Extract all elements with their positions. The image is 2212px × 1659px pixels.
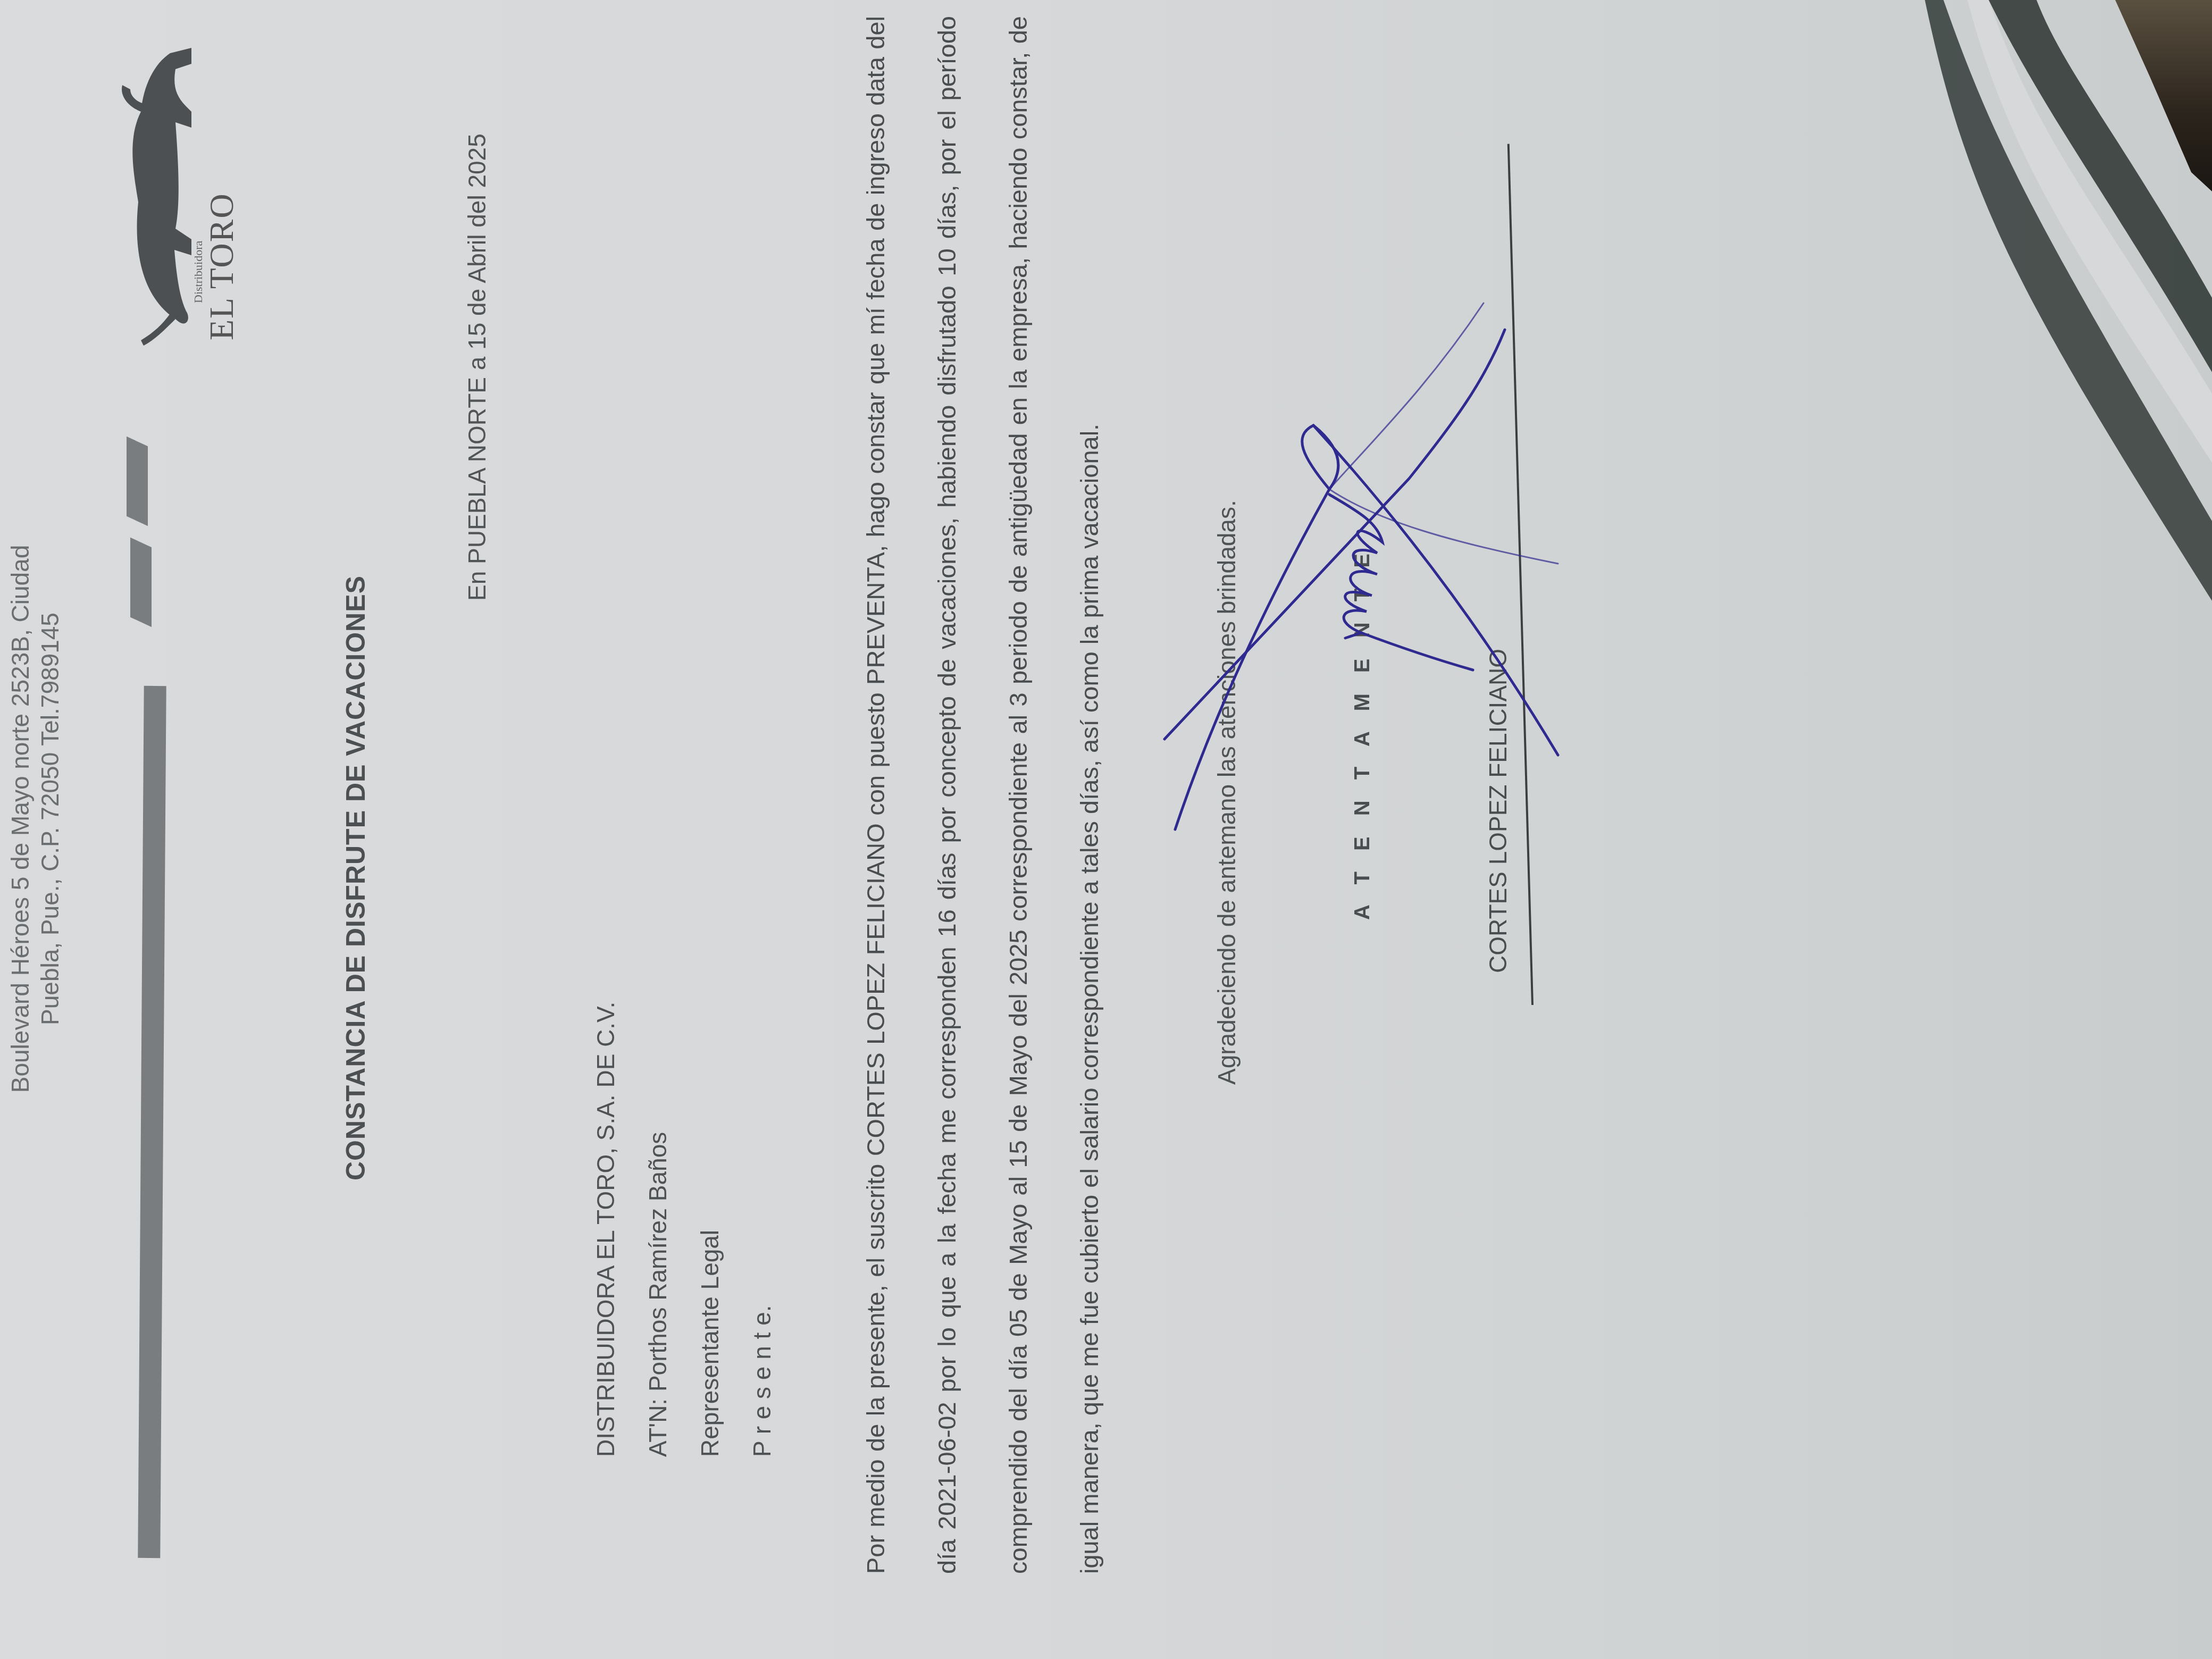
company-logo: Distribuidora EL TORO [112,32,234,362]
letterhead-bar-long [138,686,166,1558]
addressee-attention: AT'N: Porthos Ramírez Baños [632,1002,684,1457]
body-paragraph: Por medio de la presente, el suscrito CO… [840,16,1125,1574]
logo-name: EL TORO [202,192,241,340]
letter-sheet: Boulevard Héroes 5 de Mayo norte 2523B, … [0,0,1967,1659]
addressee-block: DISTRIBUIDORA EL TORO, S.A. DE C.V. AT'N… [580,1002,788,1457]
addressee-company: DISTRIBUIDORA EL TORO, S.A. DE C.V. [580,1002,632,1457]
addressee-role: Representante Legal [684,1002,736,1457]
bull-icon [112,32,202,362]
salutation: P r e s e n t e. [736,1002,788,1457]
letterhead-bar-short-1 [130,538,152,627]
address-line-1: Boulevard Héroes 5 de Mayo norte 2523B, … [5,447,35,1191]
letterhead-address: Boulevard Héroes 5 de Mayo norte 2523B, … [5,447,65,1191]
address-line-2: Puebla, Pue., C.P. 72050 Tel.7989145 [35,447,65,1191]
letterhead-bar-short-2 [127,437,148,526]
place-date: En PUEBLA NORTE a 15 de Abril del 2025 [463,133,491,601]
handwritten-signature [1154,223,1579,861]
document-title: CONSTANCIA DE DISFRUTE DE VACACIONES [340,575,371,1180]
